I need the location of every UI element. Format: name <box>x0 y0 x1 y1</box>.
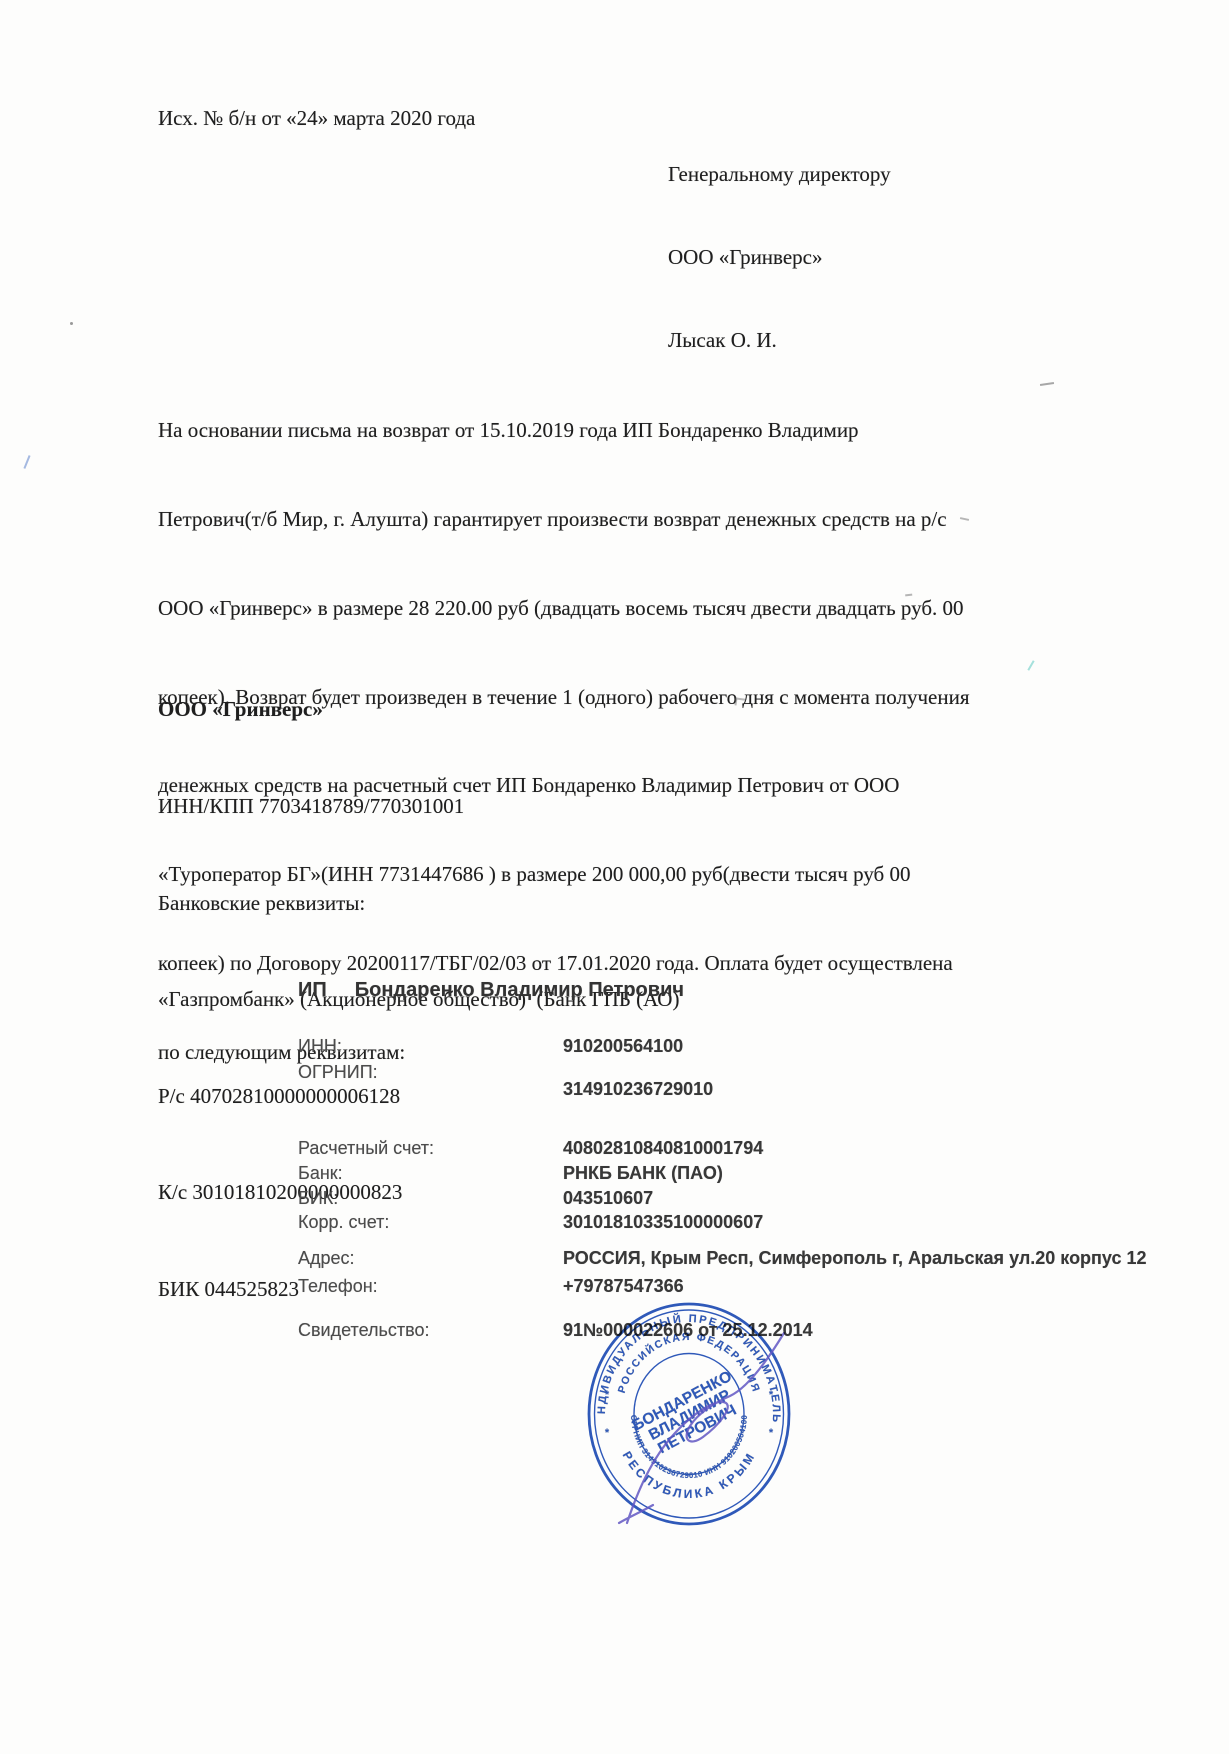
bik-label: БИК: <box>298 1188 338 1209</box>
scan-artifact <box>1027 660 1034 671</box>
account-value: 40802810840810001794 <box>563 1138 763 1159</box>
certificate-label: Свидетельство: <box>298 1320 429 1341</box>
entrepreneur-prefix: ИП <box>298 979 327 1001</box>
outgoing-reference: Исх. № б/н от «24» марта 2020 года <box>158 106 475 131</box>
recipient-position: Генеральному директору <box>668 161 891 189</box>
inn-value: 910200564100 <box>563 1036 683 1057</box>
scanned-letter-page: Исх. № б/н от «24» марта 2020 года Генер… <box>0 0 1229 1754</box>
bank-label: Банк: <box>298 1163 343 1184</box>
payee-bank-details-label: Банковские реквизиты: <box>158 887 679 919</box>
entrepreneur-heading: ИПБондаренко Владимир Петрович <box>298 979 684 1002</box>
bik-value: 043510607 <box>563 1188 653 1209</box>
address-value: РОССИЯ, Крым Респ, Симферополь г, Аральс… <box>563 1248 1147 1269</box>
entrepreneur-name: Бондаренко Владимир Петрович <box>355 979 684 1001</box>
scan-artifact <box>70 322 73 325</box>
ogrnip-value: 314910236729010 <box>563 1079 713 1100</box>
stamp-star-icon: * <box>769 1389 774 1401</box>
account-label: Расчетный счет: <box>298 1138 434 1159</box>
body-line: Петрович(т/б Мир, г. Алушта) гарантирует… <box>158 505 969 535</box>
stamp-star-icon: * <box>769 1427 774 1439</box>
phone-label: Телефон: <box>298 1276 378 1297</box>
bank-value: РНКБ БАНК (ПАО) <box>563 1163 723 1184</box>
corr-label: Корр. счет: <box>298 1212 389 1233</box>
body-line: На основании письма на возврат от 15.10.… <box>158 416 969 446</box>
scan-artifact <box>23 455 30 469</box>
body-line: ООО «Гринверс» в размере 28 220.00 руб (… <box>158 594 969 624</box>
recipient-person: Лысак О. И. <box>668 327 891 355</box>
phone-value: +79787547366 <box>563 1276 684 1297</box>
inn-label: ИНН: <box>298 1036 342 1057</box>
ogrnip-label: ОГРНИП: <box>298 1062 378 1083</box>
payee-company: ООО «Гринверс» <box>158 693 679 725</box>
address-label: Адрес: <box>298 1248 355 1269</box>
scan-artifact <box>1040 382 1054 386</box>
recipient-company: ООО «Гринверс» <box>668 244 891 272</box>
stamp-star-icon: * <box>605 1427 610 1439</box>
stamp-star-icon: * <box>605 1389 610 1401</box>
entrepreneur-round-stamp: ИНДИВИДУАЛЬНЫЙ ПРЕДПРИНИМАТЕЛЬ РОССИЙСКА… <box>585 1301 793 1527</box>
payee-inn-kpp: ИНН/КПП 7703418789/770301001 <box>158 790 679 822</box>
corr-value: 30101810335100000607 <box>563 1212 763 1233</box>
stamp-ring-text: ИНДИВИДУАЛЬНЫЙ ПРЕДПРИНИМАТЕЛЬ РОССИЙСКА… <box>585 1301 782 1501</box>
